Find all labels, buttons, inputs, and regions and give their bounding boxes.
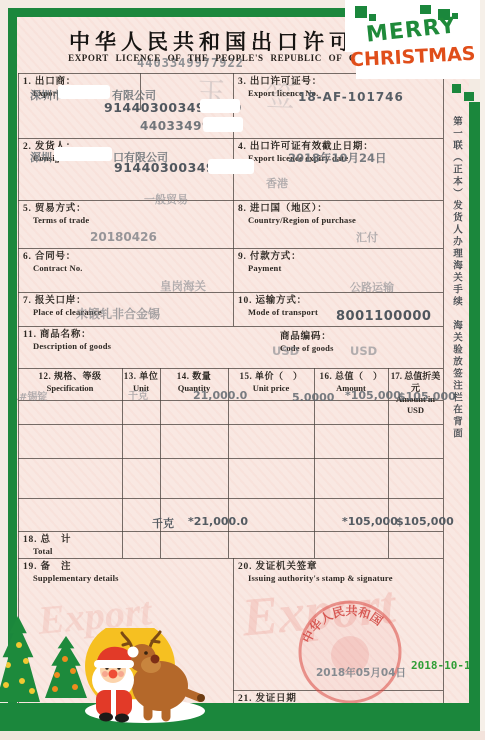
ornament-dot [70, 668, 76, 674]
amount-usd-stamp: $105,000 [398, 390, 456, 403]
ornament-dot [23, 658, 29, 664]
pixel-block [464, 92, 474, 101]
box9-label-en: Payment [248, 263, 301, 274]
licence-number: 18-AF-101746 [298, 90, 404, 104]
grid-line [18, 326, 443, 327]
copy-note-vertical: 第一联（正本）发货人办理海关手续 海关验放签注栏在背面 [449, 116, 463, 446]
grid-line [18, 138, 443, 139]
box20-label-en: Issuing authority's stamp & signature [248, 573, 393, 584]
grid-line [18, 248, 443, 249]
issue-date-text: 2018-10-10 [411, 659, 477, 672]
right-margin [480, 0, 485, 740]
goods-description-stamp: 未锻轧非合金锡 [76, 305, 160, 322]
box10-label-cn: 10. 运输方式： [238, 295, 318, 307]
ornament-dot [3, 682, 9, 688]
pixel-block [355, 6, 367, 18]
redaction-patch [54, 147, 112, 161]
issuing-authority-stamp: 中华人民共和国 [295, 597, 405, 705]
ornament-dot [5, 662, 11, 668]
ornament-dot [54, 672, 60, 678]
frame-right [469, 102, 480, 703]
grid-line [18, 498, 443, 499]
frame-top [8, 8, 345, 17]
grid-line [18, 368, 443, 369]
col16-cn: 16. 总值（ ） [314, 371, 388, 383]
box20-label-cn: 20. 发证机关签章 [238, 561, 393, 573]
grid-line [443, 73, 444, 703]
redaction-patch [58, 85, 110, 99]
total-unit: 千克 [152, 515, 174, 531]
consignee-name-prefix: 深圳 [30, 149, 52, 165]
grid-line [233, 558, 234, 703]
grid-line [18, 200, 443, 201]
ornament-dot [62, 656, 68, 662]
ornament-dot [72, 684, 78, 690]
santa-reindeer-illustration [80, 628, 205, 723]
box6-label: 6. 合同号： Contract No. [23, 251, 83, 274]
box20-label: 20. 发证机关签章 Issuing authority's stamp & s… [238, 561, 393, 584]
box10-label: 10. 运输方式： Mode of transport [238, 295, 318, 318]
redaction-patch [200, 99, 240, 113]
box6-label-cn: 6. 合同号： [23, 251, 83, 263]
col14-cn: 14. 数量 [160, 371, 228, 383]
col12-cn: 12. 规格、等级 [18, 371, 122, 383]
ornament-dot [19, 678, 25, 684]
bottom-margin [0, 731, 485, 740]
box19-label: 19. 备 注 Supplementary details [23, 561, 119, 584]
box6-label-en: Contract No. [33, 263, 83, 274]
grid-line [18, 558, 443, 559]
box11-label: 11. 商品名称： Description of goods [23, 329, 111, 352]
goods-code-label-cn: 商品编码： [280, 331, 334, 343]
goods-code-value: 8001100000 [336, 309, 431, 324]
customs-stamp: 皇岗海关 [160, 278, 206, 294]
total-amount: *105,000 [342, 515, 398, 528]
total-quantity: *21,000.0 [188, 515, 248, 528]
amount-stamp: *105,000 [345, 389, 401, 402]
quantity-stamp: 21,000.0 [193, 389, 247, 402]
box8-label-cn: 8. 进口国（地区）： [238, 203, 356, 215]
frame-left [8, 8, 17, 703]
box18-label-cn: 18. 总 计 [23, 534, 71, 546]
expiry-date: 2018年10月24日 [288, 150, 387, 166]
region-stamp: 香港 [266, 175, 288, 191]
currency-usd-1: USD [272, 344, 299, 358]
grid-line [18, 458, 443, 459]
box8-label-en: Country/Region of purchase [248, 215, 356, 226]
export-licence-page: 玉 签 Export Export 中华人民共和国出口许可证 EXPORT LI… [0, 0, 485, 740]
currency-usd-2: USD [350, 344, 377, 358]
box9-label: 9. 付款方式： Payment [238, 251, 301, 274]
ornament-dot [52, 686, 58, 692]
col15-cn: 15. 单价（ ） [228, 371, 314, 383]
ornament-dot [16, 642, 22, 648]
box10-label-en: Mode of transport [248, 307, 318, 318]
unit-price-stamp: 5.0000 [292, 391, 334, 404]
box19-label-en: Supplementary details [33, 573, 119, 584]
box5-label-cn: 5. 贸易方式： [23, 203, 89, 215]
box3-label-cn: 3. 出口许可证号： [238, 76, 322, 88]
grid-line [18, 424, 443, 425]
pixel-block [369, 14, 376, 21]
terms-of-trade-stamp: 一般贸易 [144, 191, 188, 207]
ornament-dot [29, 688, 35, 694]
box18-label: 18. 总 计 Total [23, 534, 71, 557]
contract-number-stamp: 20180426 [90, 230, 157, 244]
payment-stamp: 汇付 [356, 229, 378, 245]
unit-stamp: 千克 [128, 387, 148, 402]
bottom-green-band [0, 703, 480, 731]
col13-cn: 13. 单位 [122, 371, 160, 383]
box8-label: 8. 进口国（地区）： Country/Region of purchase [238, 203, 356, 226]
box9-label-cn: 9. 付款方式： [238, 251, 301, 263]
redaction-patch [203, 117, 243, 132]
box5-label-en: Terms of trade [33, 215, 89, 226]
spec-stamp: 1#锡锭 [12, 388, 47, 403]
box11-label-cn: 11. 商品名称： [23, 329, 111, 341]
pixel-block [420, 5, 431, 14]
redaction-patch [208, 159, 254, 174]
stamp-date: 2018年05月04日 [316, 665, 406, 680]
box5-label: 5. 贸易方式： Terms of trade [23, 203, 89, 226]
grid-line [122, 368, 123, 558]
box11-label-en: Description of goods [33, 341, 111, 352]
box18-label-en: Total [33, 546, 71, 557]
pixel-block [452, 84, 461, 93]
transport-stamp: 公路运输 [350, 279, 394, 295]
box19-label-cn: 19. 备 注 [23, 561, 119, 573]
total-amount-usd: $105,000 [396, 515, 454, 528]
grid-line [18, 531, 443, 532]
